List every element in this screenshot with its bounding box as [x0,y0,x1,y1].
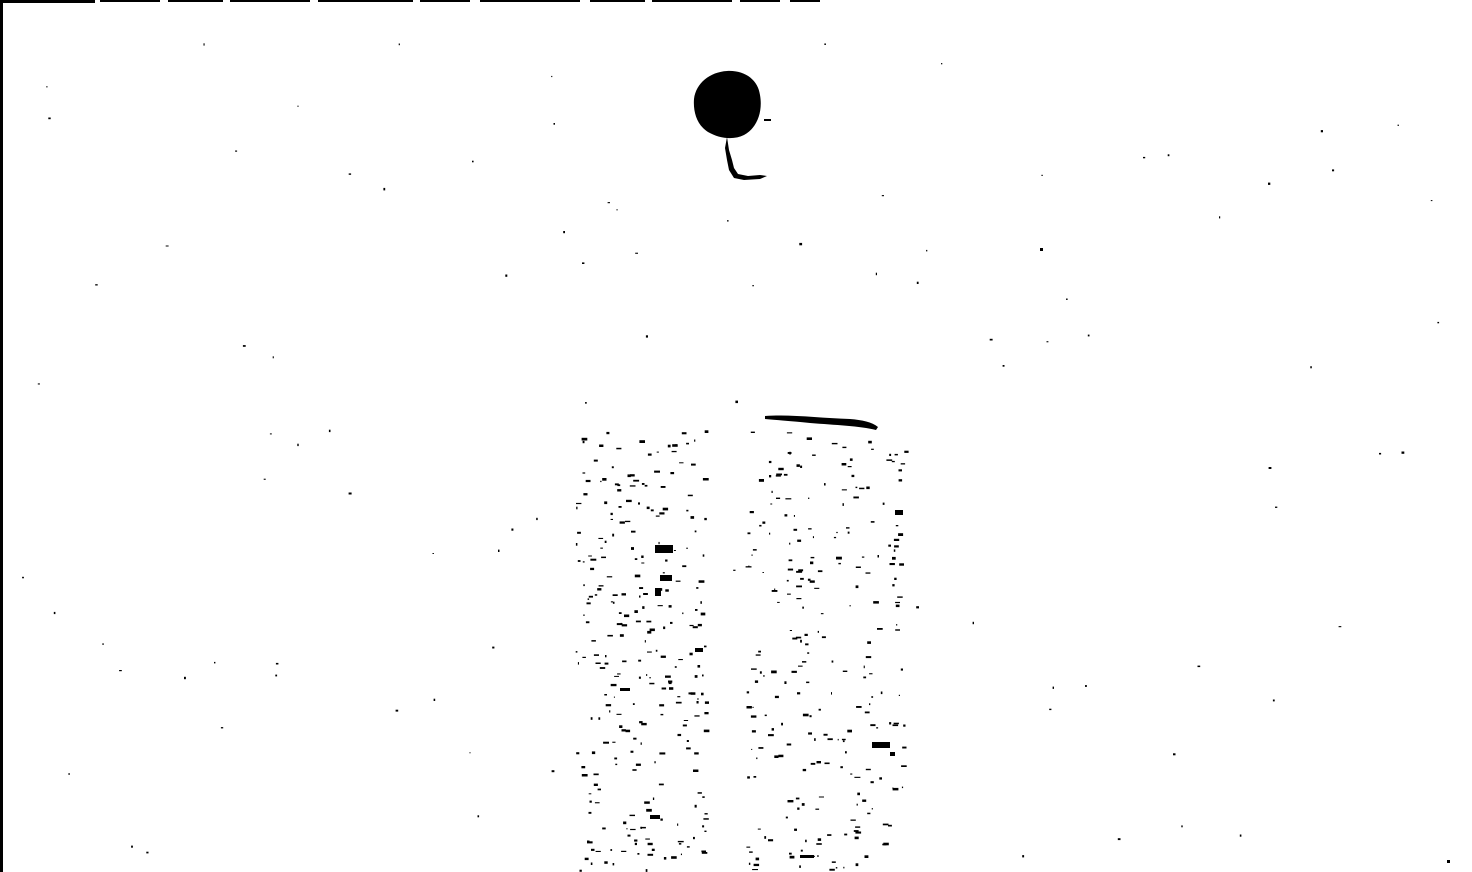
left-border-edge [0,0,3,872]
scene-svg [0,0,1472,872]
